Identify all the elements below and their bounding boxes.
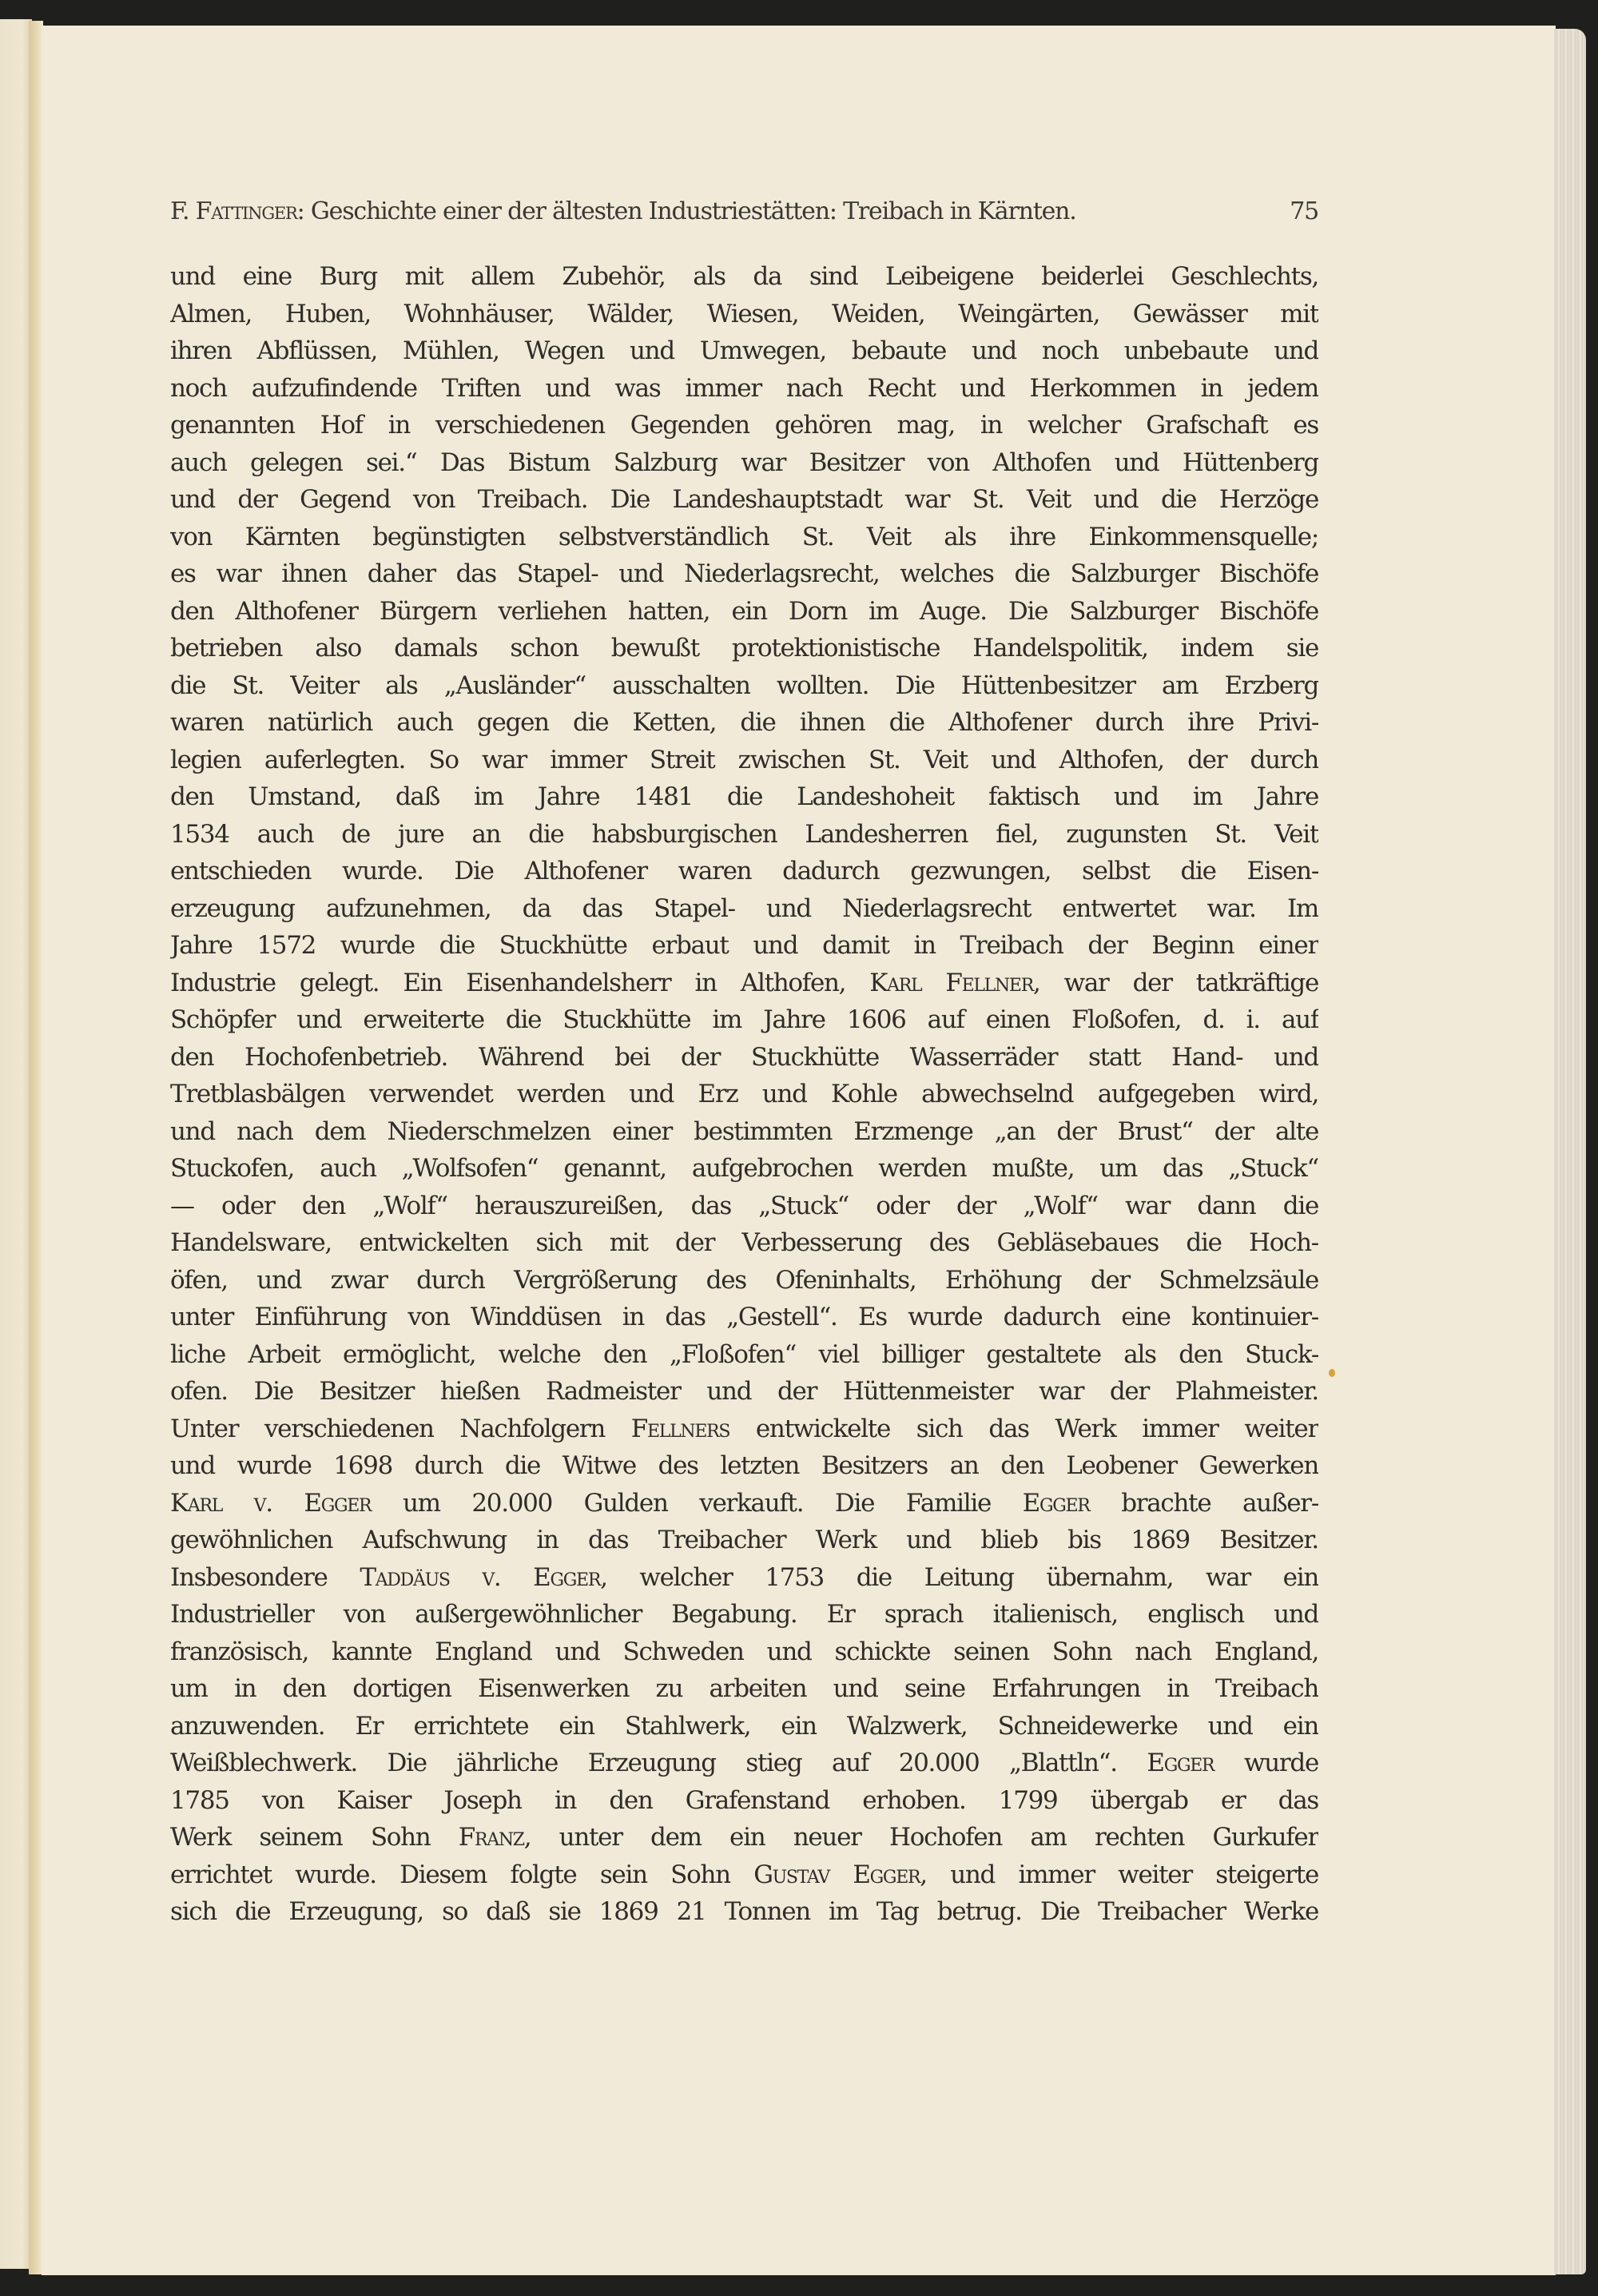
text-line: Werk seinem Sohn Franz, unter dem ein ne… [170, 1819, 1318, 1856]
text-line: 1534 auch de jure an die habsburgischen … [170, 816, 1318, 854]
text-line: Industrie gelegt. Ein Eisenhandelsherr i… [170, 965, 1318, 1002]
text-line: betrieben also damals schon bewußt prote… [170, 630, 1318, 667]
text-line: Jahre 1572 wurde die Stuckhütte erbaut u… [170, 927, 1318, 965]
text-line: entschieden wurde. Die Althofener waren … [170, 853, 1318, 890]
text-line: legien auferlegten. So war immer Streit … [170, 742, 1318, 779]
text-line: noch aufzufindende Triften und was immer… [170, 370, 1318, 408]
person-name: Karl Fellner [869, 969, 1033, 997]
text-line: Insbesondere Taddäus v. Egger, welcher 1… [170, 1559, 1318, 1597]
text-line: den Althofener Bürgern verliehen hatten,… [170, 593, 1318, 631]
text-line: Weißblechwerk. Die jährliche Erzeugung s… [170, 1745, 1318, 1782]
running-header: F. Fattinger: Geschichte einer der ältes… [170, 197, 1318, 225]
person-name: Fellners [631, 1415, 729, 1443]
text-line: auch gelegen sei.“ Das Bistum Salzburg w… [170, 444, 1318, 482]
text-line: von Kärnten begünstigten selbstverständl… [170, 519, 1318, 556]
text-line: und der Gegend von Treibach. Die Landesh… [170, 481, 1318, 519]
text-line: erzeugung aufzunehmen, da das Stapel- un… [170, 890, 1318, 928]
text-line: den Umstand, daß im Jahre 1481 die Lande… [170, 778, 1318, 816]
text-line: waren natürlich auch gegen die Ketten, d… [170, 704, 1318, 742]
text-line: — oder den „Wolf“ herauszureißen, das „S… [170, 1188, 1318, 1225]
text-line: und nach dem Niederschmelzen einer besti… [170, 1113, 1318, 1151]
text-line: und eine Burg mit allem Zubehör, als da … [170, 258, 1318, 296]
text-line: genannten Hof in verschiedenen Gegenden … [170, 407, 1318, 444]
text-line: Industrieller von außergewöhnlicher Bega… [170, 1596, 1318, 1633]
text-line: sich die Erzeugung, so daß sie 1869 21 T… [170, 1893, 1318, 1931]
text-line: um in den dortigen Eisenwerken zu arbeit… [170, 1670, 1318, 1708]
text-line: und wurde 1698 durch die Witwe des letzt… [170, 1447, 1318, 1485]
page-number: 75 [1290, 197, 1318, 225]
text-line: Schöpfer und erweiterte die Stuckhütte i… [170, 1001, 1318, 1039]
body-text: und eine Burg mit allem Zubehör, als da … [170, 258, 1318, 1931]
page-stack-edges [1554, 29, 1586, 2274]
text-line: öfen, und zwar durch Vergrößerung des Of… [170, 1262, 1318, 1299]
text-line: unter Einführung von Winddüsen in das „G… [170, 1299, 1318, 1336]
text-line: Tretblasbälgen verwendet werden und Erz … [170, 1076, 1318, 1113]
text-line: Stuckofen, auch „Wolfsofen“ genannt, auf… [170, 1150, 1318, 1188]
text-line: die St. Veiter als „Ausländer“ ausschalt… [170, 667, 1318, 705]
person-name: Gustav Egger [753, 1860, 920, 1889]
header-author: F. Fattinger [170, 197, 297, 225]
person-name: Franz [459, 1823, 524, 1852]
text-line: Almen, Huben, Wohnhäuser, Wälder, Wiesen… [170, 296, 1318, 333]
text-line: liche Arbeit ermöglicht, welche den „Flo… [170, 1336, 1318, 1374]
person-name: Egger [1147, 1749, 1214, 1777]
text-line: französisch, kannte England und Schweden… [170, 1633, 1318, 1671]
text-line: es war ihnen daher das Stapel- und Niede… [170, 555, 1318, 593]
text-line: 1785 von Kaiser Joseph in den Grafenstan… [170, 1782, 1318, 1820]
person-name: Taddäus v. Egger [360, 1563, 600, 1592]
previous-page-edge [0, 19, 32, 2269]
text-line: errichtet wurde. Diesem folgte sein Sohn… [170, 1856, 1318, 1894]
running-header-title: F. Fattinger: Geschichte einer der ältes… [170, 197, 1076, 225]
text-line: den Hochofenbetrieb. Während bei der Stu… [170, 1039, 1318, 1076]
text-line: anzuwenden. Er errichtete ein Stahlwerk,… [170, 1708, 1318, 1745]
text-line: ofen. Die Besitzer hießen Radmeister und… [170, 1373, 1318, 1411]
text-line: gewöhnlichen Aufschwung in das Treibache… [170, 1522, 1318, 1559]
person-name: Egger [1023, 1489, 1090, 1518]
header-title: : Geschichte einer der ältesten Industri… [297, 197, 1076, 225]
text-line: Unter verschiedenen Nachfolgern Fellners… [170, 1411, 1318, 1448]
text-line: Karl v. Egger um 20.000 Gulden verkauft.… [170, 1485, 1318, 1522]
paper-stain [1329, 1369, 1335, 1377]
text-line: Handelsware, entwickelten sich mit der V… [170, 1224, 1318, 1262]
person-name: Karl v. Egger [170, 1489, 371, 1518]
text-line: ihren Abflüssen, Mühlen, Wegen und Umweg… [170, 332, 1318, 370]
